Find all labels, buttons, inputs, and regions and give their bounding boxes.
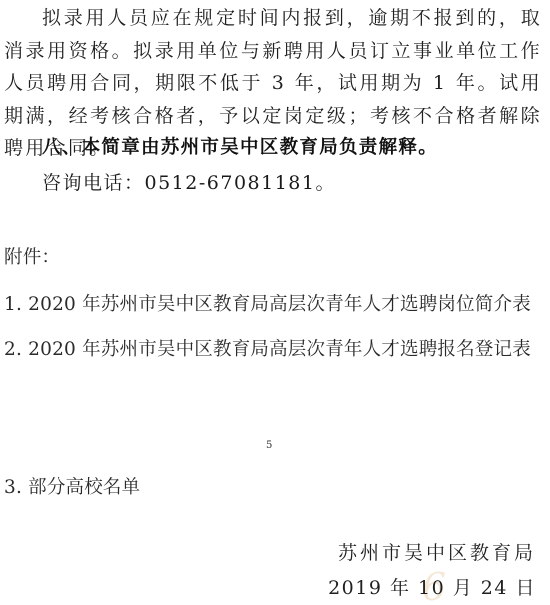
attachment-item-3: 3. 部分高校名单 (4, 476, 140, 500)
attachments-label: 附件： (4, 246, 60, 270)
consult-phone: 咨询电话：0512-67081181。 (42, 171, 336, 195)
page-number: 5 (266, 440, 272, 451)
signature-issuer: 苏州市吴中区教育局 (338, 538, 536, 565)
attachment-item-2: 2. 2020 年苏州市吴中区教育局高层次青年人才选聘报名登记表 (4, 338, 531, 362)
attachment-item-1: 1. 2020 年苏州市吴中区教育局高层次青年人才选聘岗位简介表 (4, 293, 531, 317)
section-eight-heading: 八、本简章由苏州市吴中区教育局负责解释。 (42, 136, 438, 160)
signature-date: 2019 年 10 月 24 日 (328, 573, 536, 600)
